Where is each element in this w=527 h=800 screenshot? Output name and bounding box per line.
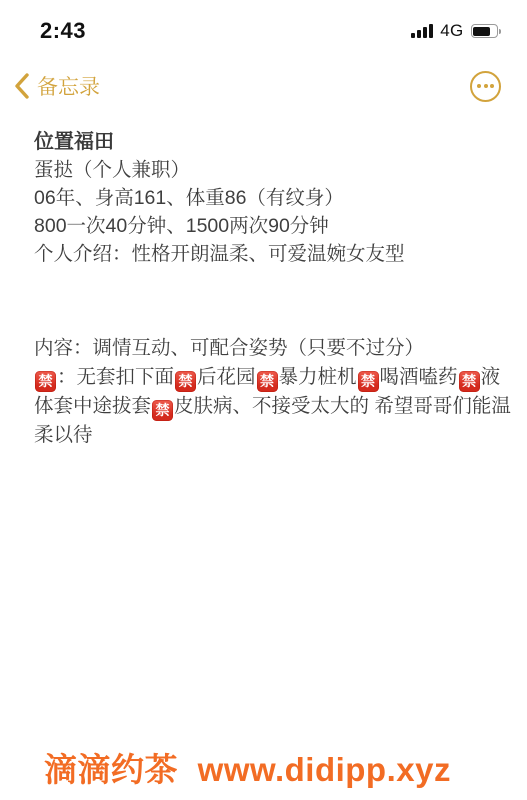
prohibited-emoji: 禁: [459, 371, 480, 392]
prohibited-emoji: 禁: [35, 371, 56, 392]
status-bar: 2:43 4G: [0, 0, 527, 52]
watermark-url: www.didipp.xyz: [198, 751, 451, 788]
more-options-button[interactable]: [470, 71, 501, 102]
chevron-left-icon: [14, 73, 29, 99]
note-line: 个人介绍：性格开朗温柔、可爱温婉女友型: [34, 240, 505, 268]
prohibited-emoji: 禁: [358, 371, 379, 392]
prohibited-emoji: 禁: [175, 371, 196, 392]
nav-bar: 备忘录: [0, 62, 527, 110]
prohibited-emoji: 禁: [257, 371, 278, 392]
network-type-label: 4G: [440, 21, 463, 41]
signal-strength-icon: [411, 24, 433, 38]
note-line: 体套中途拔套禁皮肤病、不接受太大的 希望哥哥们能温: [34, 392, 505, 421]
note-line: 蛋挞（个人兼职）: [34, 156, 505, 184]
back-button[interactable]: 备忘录: [14, 71, 100, 101]
back-button-label: 备忘录: [37, 71, 100, 101]
note-block-info: 蛋挞（个人兼职）06年、身高161、体重86（有纹身）800一次40分钟、150…: [34, 156, 505, 268]
note-line: 800一次40分钟、1500两次90分钟: [34, 212, 505, 240]
watermark: 滴滴约茶 www.didipp.xyz: [44, 744, 517, 791]
watermark-brand: 滴滴约茶: [44, 751, 178, 788]
ellipsis-icon: [477, 84, 481, 88]
note-line: 06年、身高161、体重86（有纹身）: [34, 184, 505, 212]
note-title: 位置福田: [34, 128, 505, 156]
note-line: 内容：调情互动、可配合姿势（只要不过分）: [34, 334, 505, 363]
notes-app-screen: { "status_bar": { "time": "2:43", "netwo…: [0, 0, 527, 800]
status-icons: 4G: [411, 21, 501, 41]
note-line: 禁：无套扣下面禁后花园禁暴力桩机禁喝酒嗑药禁液: [34, 363, 505, 392]
prohibited-emoji: 禁: [152, 400, 173, 421]
note-body[interactable]: 位置福田 蛋挞（个人兼职）06年、身高161、体重86（有纹身）800一次40分…: [34, 128, 505, 450]
battery-icon: [471, 24, 502, 38]
note-line: 柔以待: [34, 421, 505, 450]
clock: 2:43: [40, 18, 86, 44]
note-block-content: 内容：调情互动、可配合姿势（只要不过分）禁：无套扣下面禁后花园禁暴力桩机禁喝酒嗑…: [34, 334, 505, 450]
